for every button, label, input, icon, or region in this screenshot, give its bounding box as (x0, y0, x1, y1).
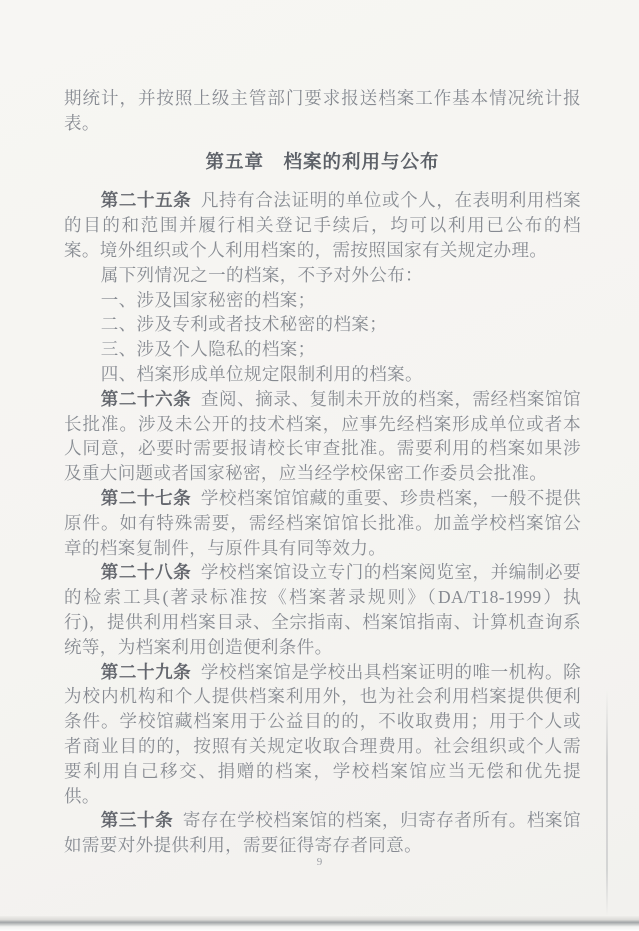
article-number: 第二十五条 (101, 190, 192, 210)
list-item: 三、涉及个人隐私的档案； (64, 337, 581, 362)
article-paragraph: 属下列情况之一的档案，不予对外公布： (64, 263, 581, 288)
scan-bottom-edge (0, 916, 639, 931)
article-number: 第二十八条 (101, 562, 192, 582)
article-text: 二、涉及专利或者技术秘密的档案； (101, 314, 387, 334)
article-text: 属下列情况之一的档案，不予对外公布： (101, 265, 423, 285)
page-number: 9 (0, 856, 639, 868)
continuation-line: 期统计，并按照上级主管部门要求报送档案工作基本情况统计报表。 (64, 86, 581, 136)
list-item: 二、涉及专利或者技术秘密的档案； (64, 312, 581, 337)
article-paragraph: 第二十六条查阅、摘录、复制未开放的档案，需经档案馆馆长批准。涉及未公开的技术档案… (64, 387, 581, 486)
article-number: 第三十条 (101, 810, 173, 830)
paper-crease (606, 690, 608, 916)
article-paragraph: 第二十八条学校档案馆设立专门的档案阅览室，并编制必要的检索工具(著录标准按《档案… (64, 560, 581, 659)
article-paragraph: 第三十条寄存在学校档案馆的档案，归寄存者所有。档案馆如需要对外提供利用，需要征得… (64, 808, 581, 858)
scanned-page: 期统计，并按照上级主管部门要求报送档案工作基本情况统计报表。 第五章 档案的利用… (0, 0, 639, 931)
article-text: 学校档案馆是学校出具档案证明的唯一机构。除为校内机构和个人提供档案利用外，也为社… (64, 662, 581, 806)
article-text: 四、档案形成单位规定限制利用的档案。 (101, 364, 423, 384)
document-body: 期统计，并按照上级主管部门要求报送档案工作基本情况统计报表。 第五章 档案的利用… (64, 86, 581, 858)
article-number: 第二十六条 (101, 389, 192, 409)
article-number: 第二十九条 (101, 662, 192, 682)
article-paragraph: 第二十七条学校档案馆馆藏的重要、珍贵档案，一般不提供原件。如有特殊需要，需经档案… (64, 486, 581, 560)
list-item: 四、档案形成单位规定限制利用的档案。 (64, 362, 581, 387)
article-text: 三、涉及个人隐私的档案； (101, 339, 316, 359)
chapter-heading: 第五章 档案的利用与公布 (64, 151, 581, 176)
article-number: 第二十七条 (101, 488, 192, 508)
list-item: 一、涉及国家秘密的档案； (64, 288, 581, 313)
article-text: 一、涉及国家秘密的档案； (101, 290, 316, 310)
article-paragraph: 第二十五条凡持有合法证明的单位或个人，在表明利用档案的目的和范围并履行相关登记手… (64, 188, 581, 262)
article-paragraph: 第二十九条学校档案馆是学校出具档案证明的唯一机构。除为校内机构和个人提供档案利用… (64, 660, 581, 809)
